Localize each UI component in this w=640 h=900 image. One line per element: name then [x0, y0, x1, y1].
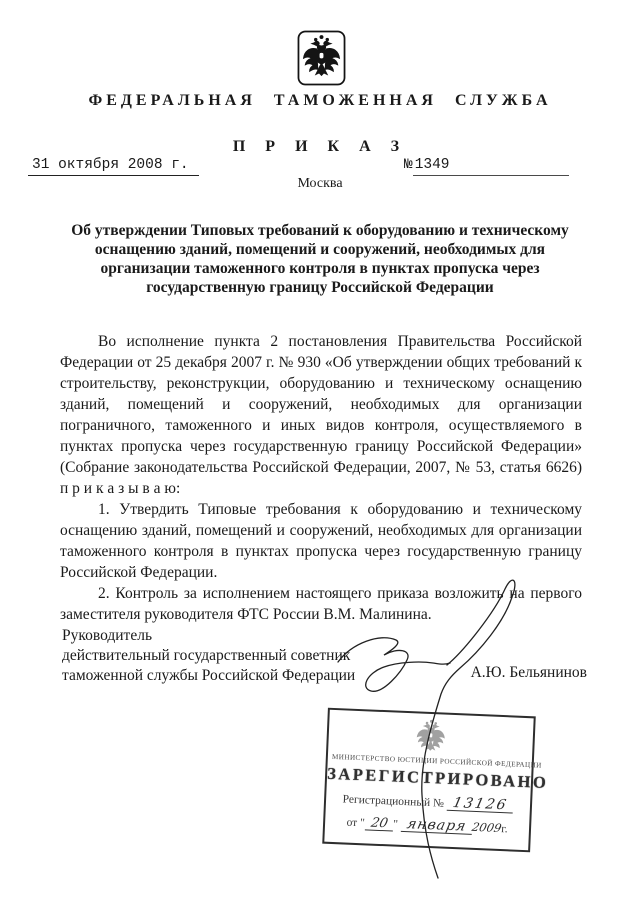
agency-name: ФЕДЕРАЛЬНАЯ ТАМОЖЕННАЯ СЛУЖБА [0, 92, 640, 110]
document-type: П Р И К А З [0, 138, 640, 156]
stamp-date-year: 2009 [471, 820, 503, 835]
position-line: действительный государственный советник [62, 646, 392, 666]
stamp-date-month: января [405, 816, 468, 834]
signatory-position: Руководитель действительный государствен… [62, 626, 392, 686]
reg-number-label: Регистрационный № [342, 793, 444, 809]
number-sign: № [404, 157, 413, 173]
number-value: 1349 [413, 157, 569, 176]
reg-number-value: 13126 [451, 795, 509, 813]
federal-emblem-icon [297, 30, 346, 86]
stamp-date-prefix: от [346, 817, 357, 829]
registration-stamp: МИНИСТЕРСТВО ЮСТИЦИИ РОССИЙСКОЙ ФЕДЕРАЦИ… [322, 708, 536, 853]
document-date: 31 октября 2008 г. [28, 157, 199, 176]
position-line: Руководитель [62, 626, 392, 646]
body-paragraph: 1. Утвердить Типовые требования к оборуд… [60, 499, 582, 583]
stamp-registration-line: Регистрационный № 13126 [326, 790, 530, 815]
body-paragraph: 2. Контроль за исполнением настоящего пр… [60, 583, 582, 625]
ministry-emblem-icon [413, 716, 449, 755]
stamp-registered-label: ЗАРЕГИСТРИРОВАНО [327, 764, 532, 793]
quote-mark: " [393, 819, 398, 831]
document-number: №1349 [404, 157, 569, 176]
body-paragraph: Во исполнение пункта 2 постановления Пра… [60, 331, 582, 499]
document-city: Москва [0, 176, 640, 192]
stamp-date-suffix: г. [501, 823, 508, 835]
stamp-date-day: 20 [369, 816, 389, 832]
position-line: таможенной службы Российской Федерации [62, 666, 392, 686]
document-title: Об утверждении Типовых требований к обор… [58, 221, 582, 297]
signatory-name: А.Ю. Бельянинов [471, 664, 587, 682]
document-page: ФЕДЕРАЛЬНАЯ ТАМОЖЕННАЯ СЛУЖБА П Р И К А … [0, 0, 640, 900]
document-body: Во исполнение пункта 2 постановления Пра… [60, 331, 582, 625]
stamp-date-line: от "20" января2009г. [325, 813, 529, 838]
